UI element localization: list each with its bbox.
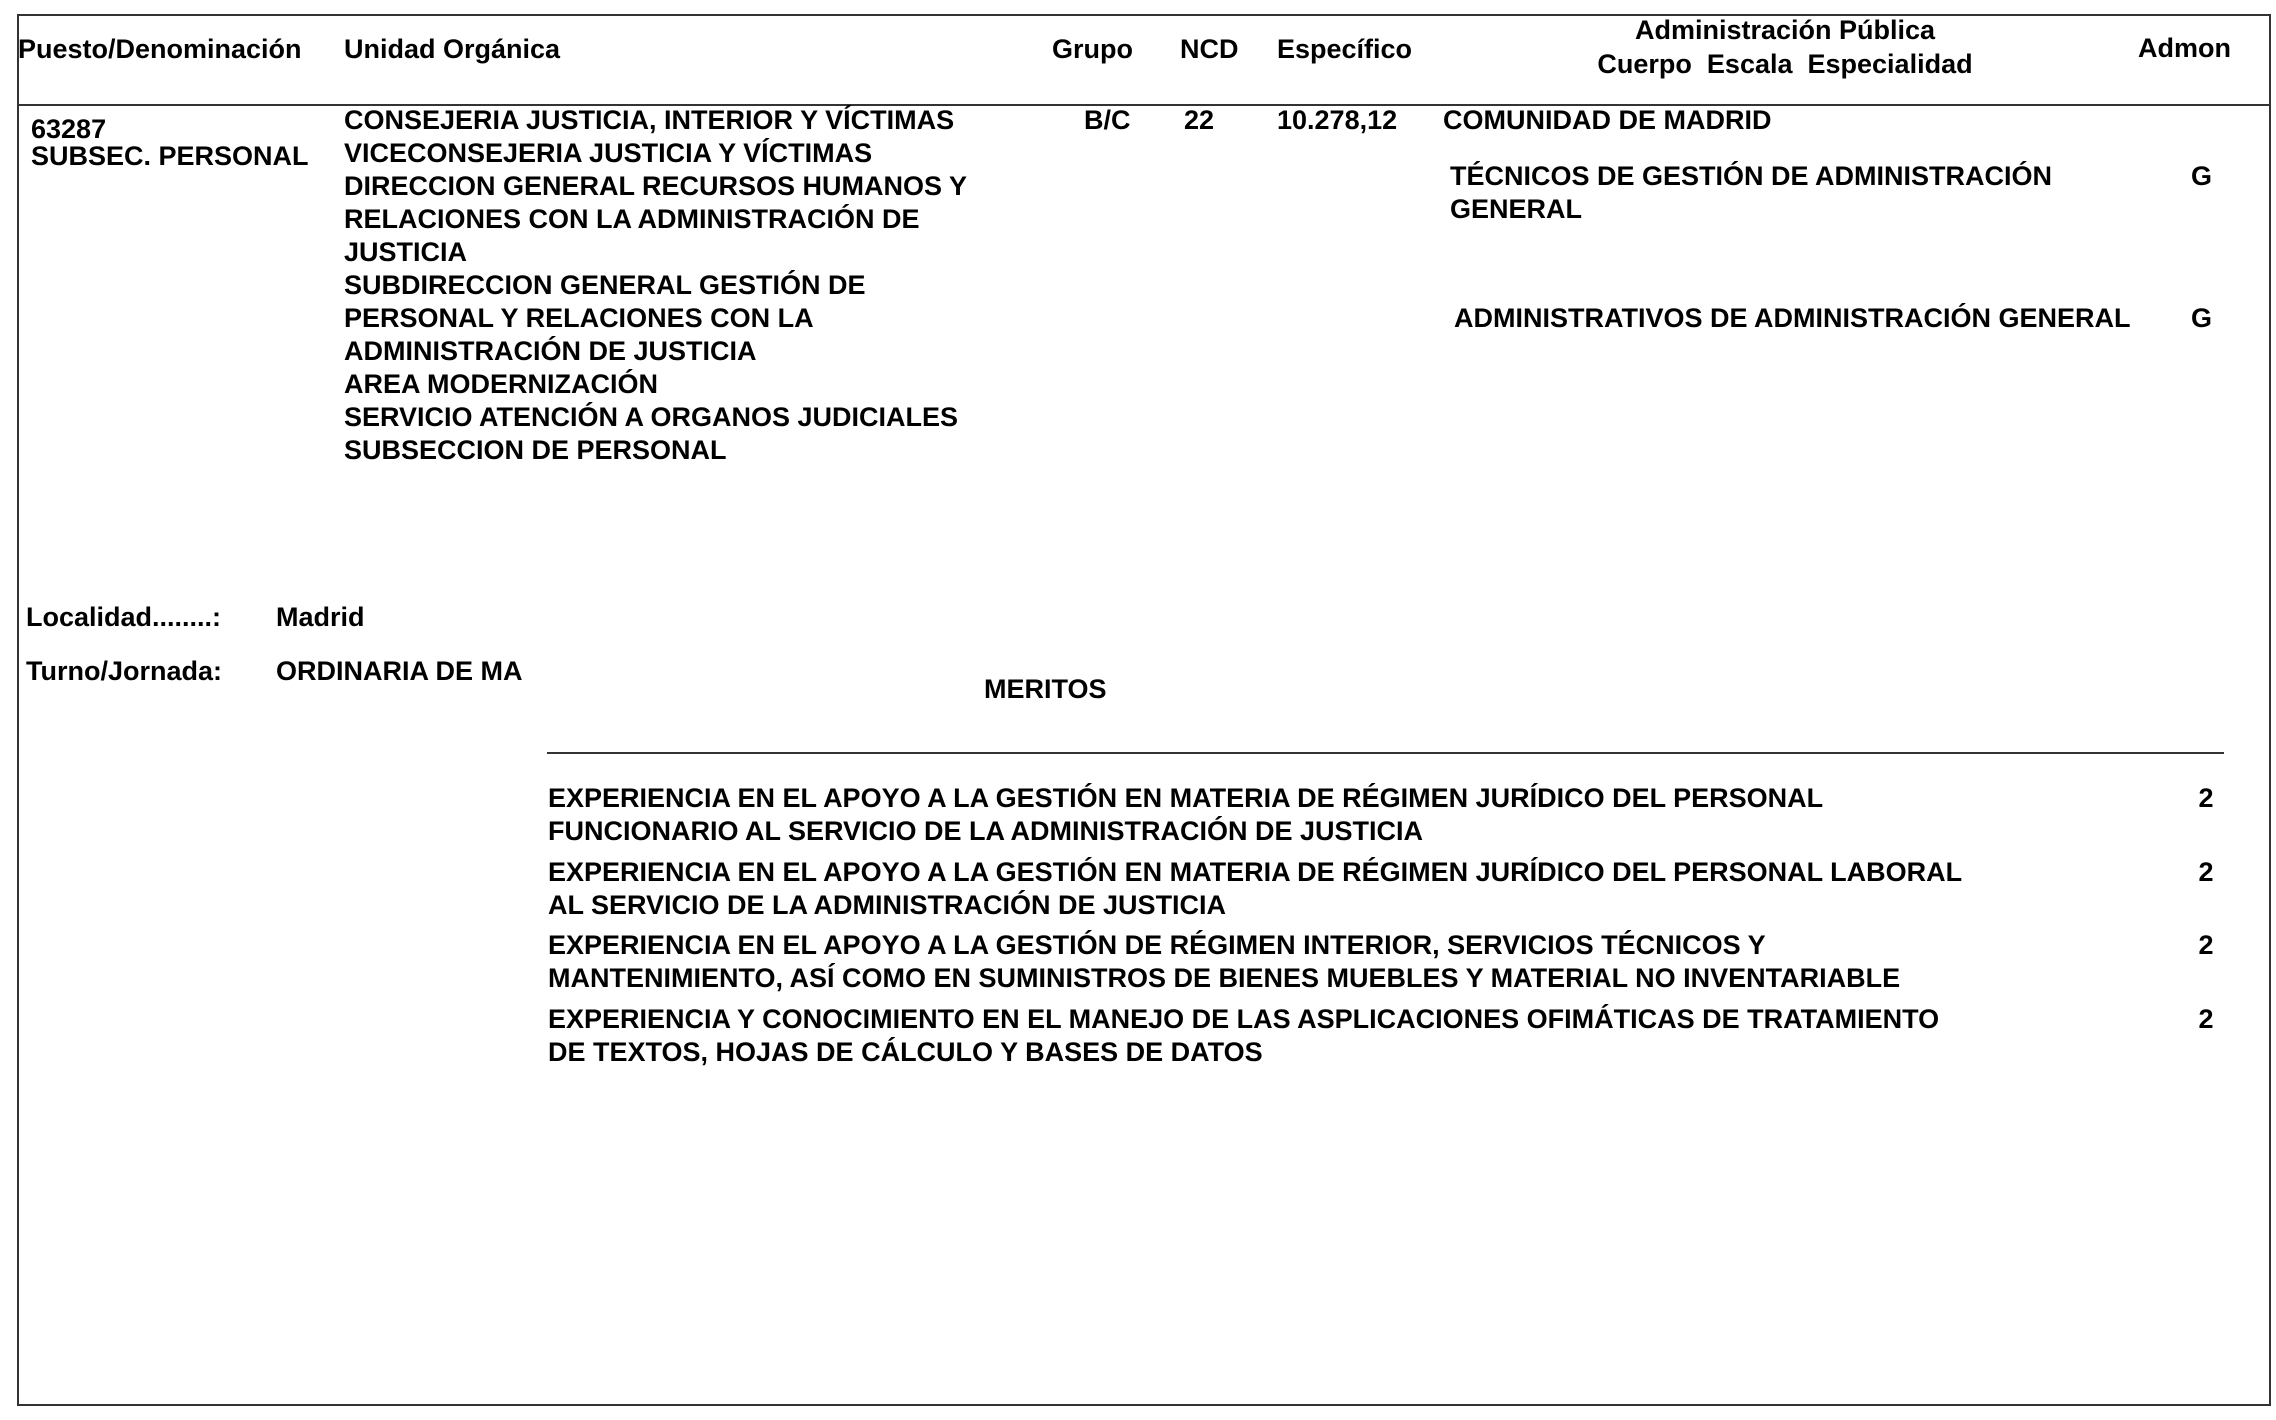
turno-label: Turno/Jornada: [26, 655, 222, 688]
header-especifico: Específico [1277, 34, 1412, 65]
cuerpo-2-line1: ADMINISTRATIVOS DE ADMINISTRACIÓN GENERA… [1454, 302, 2131, 335]
cuerpo-1-line1: TÉCNICOS DE GESTIÓN DE ADMINISTRACIÓN [1450, 160, 2052, 193]
merito-1-line1: EXPERIENCIA EN EL APOYO A LA GESTIÓN EN … [548, 782, 1823, 815]
unidad-organica-line: VICECONSEJERIA JUSTICIA Y VÍCTIMAS [344, 137, 967, 170]
merito-row: EXPERIENCIA EN EL APOYO A LA GESTIÓN EN … [548, 856, 1962, 922]
merito-4-line2: DE TEXTOS, HOJAS DE CÁLCULO Y BASES DE D… [548, 1036, 1939, 1069]
unidad-organica-line: JUSTICIA [344, 236, 967, 269]
cuerpo-1-admon: G [2191, 160, 2212, 193]
merito-2-line1: EXPERIENCIA EN EL APOYO A LA GESTIÓN EN … [548, 856, 1962, 889]
header-grupo: Grupo [1052, 34, 1133, 65]
header-admon: Admon [2138, 33, 2231, 64]
merito-row: EXPERIENCIA EN EL APOYO A LA GESTIÓN DE … [548, 929, 1900, 995]
meritos-title: MERITOS [984, 673, 1107, 706]
header-cuerpo-escala-especialidad: Cuerpo Escala Especialidad [1500, 49, 2070, 80]
merito-1-points: 2 [2186, 782, 2226, 815]
unidad-organica-line: DIRECCION GENERAL RECURSOS HUMANOS Y [344, 170, 967, 203]
localidad-value: Madrid [276, 601, 365, 634]
header-unidad-organica: Unidad Orgánica [344, 34, 560, 65]
merito-3-line1: EXPERIENCIA EN EL APOYO A LA GESTIÓN DE … [548, 929, 1900, 962]
merito-2-points: 2 [2186, 856, 2226, 889]
merito-row: EXPERIENCIA Y CONOCIMIENTO EN EL MANEJO … [548, 1003, 1939, 1069]
merito-4-points: 2 [2186, 1003, 2226, 1036]
unidad-organica-line: CONSEJERIA JUSTICIA, INTERIOR Y VÍCTIMAS [344, 104, 967, 137]
header-ncd: NCD [1180, 34, 1239, 65]
merito-3-points: 2 [2186, 929, 2226, 962]
ncd-value: 22 [1184, 104, 1214, 137]
merito-row: EXPERIENCIA EN EL APOYO A LA GESTIÓN EN … [548, 782, 1823, 848]
turno-value: ORDINARIA DE MA [276, 655, 523, 688]
cuerpo-1-line2: GENERAL [1450, 193, 1582, 226]
grupo-value: B/C [1084, 104, 1131, 137]
unidad-organica-line: SERVICIO ATENCIÓN A ORGANOS JUDICIALES [344, 401, 967, 434]
header-administracion-publica: Administración Pública [1500, 15, 2070, 46]
unidad-organica-line: PERSONAL Y RELACIONES CON LA [344, 302, 967, 335]
localidad-label: Localidad........: [26, 601, 221, 634]
unidad-organica-line: RELACIONES CON LA ADMINISTRACIÓN DE [344, 203, 967, 236]
meritos-separator [547, 752, 2224, 754]
unidad-organica-line: SUBSECCION DE PERSONAL [344, 434, 967, 467]
unidad-organica-list: CONSEJERIA JUSTICIA, INTERIOR Y VÍCTIMAS… [344, 104, 967, 467]
unidad-organica-line: ADMINISTRACIÓN DE JUSTICIA [344, 335, 967, 368]
puesto-denominacion: SUBSEC. PERSONAL [31, 142, 309, 170]
especifico-value: 10.278,12 [1277, 104, 1397, 137]
merito-3-line2: MANTENIMIENTO, ASÍ COMO EN SUMINISTROS D… [548, 962, 1900, 995]
unidad-organica-line: AREA MODERNIZACIÓN [344, 368, 967, 401]
merito-4-line1: EXPERIENCIA Y CONOCIMIENTO EN EL MANEJO … [548, 1003, 1939, 1036]
cuerpo-2-admon: G [2191, 302, 2212, 335]
merito-2-line2: AL SERVICIO DE LA ADMINISTRACIÓN DE JUST… [548, 889, 1962, 922]
header-puesto: Puesto/Denominación [18, 34, 302, 65]
puesto-codigo: 63287 [31, 115, 106, 143]
administracion-publica-value: COMUNIDAD DE MADRID [1443, 104, 1771, 137]
unidad-organica-line: SUBDIRECCION GENERAL GESTIÓN DE [344, 269, 967, 302]
merito-1-line2: FUNCIONARIO AL SERVICIO DE LA ADMINISTRA… [548, 815, 1823, 848]
